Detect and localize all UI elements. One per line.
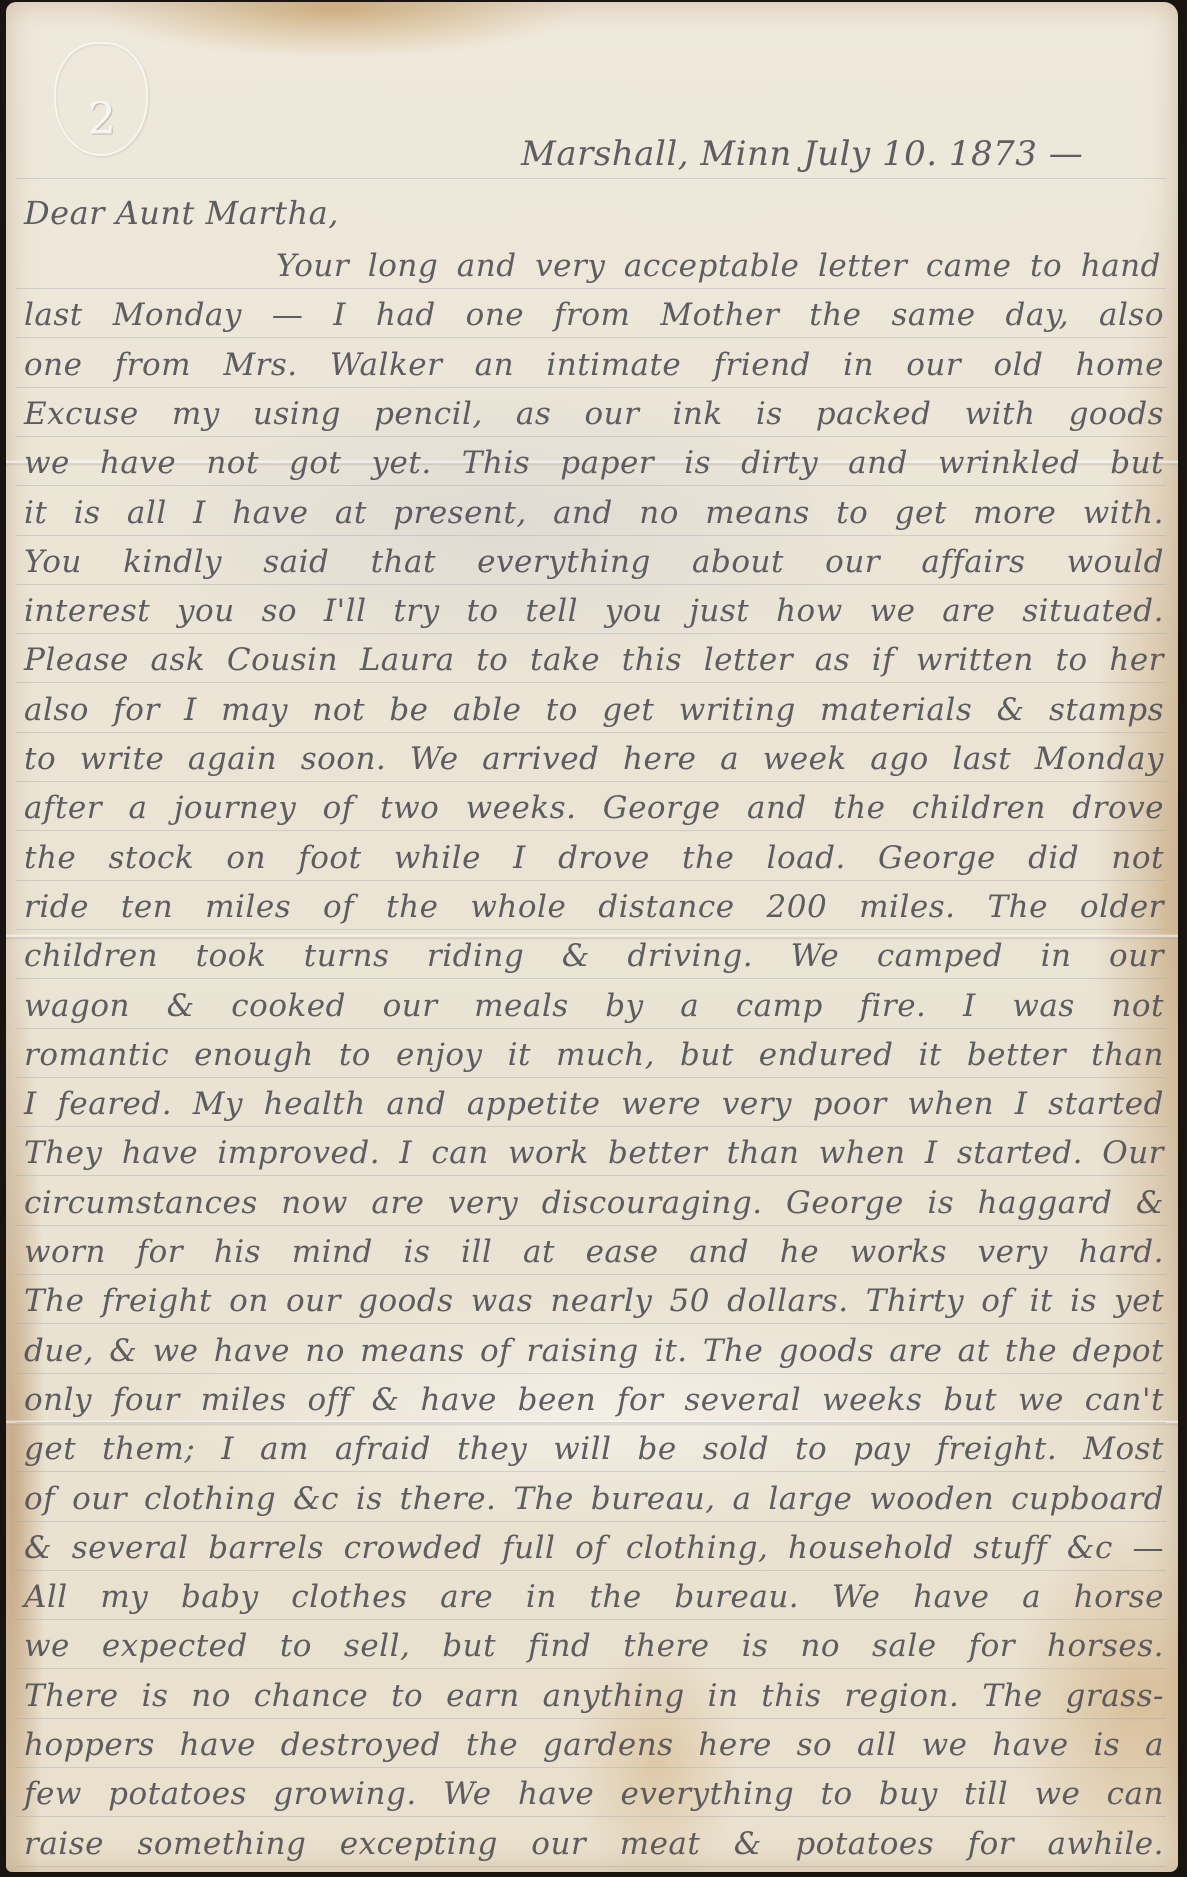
letter-line: also for I may not be able to get writin… — [24, 692, 1164, 728]
ruled-line — [16, 436, 1166, 437]
ruled-line — [16, 584, 1166, 585]
ruled-line — [16, 1570, 1166, 1571]
ruled-line — [16, 1422, 1166, 1423]
ruled-line — [16, 781, 1166, 782]
letter-line: There is no chance to earn anything in t… — [24, 1678, 1164, 1714]
ruled-line — [16, 682, 1166, 683]
ruled-line — [16, 1274, 1166, 1275]
ruled-line — [16, 337, 1166, 338]
letter-line: ride ten miles of the whole distance 200… — [24, 889, 1164, 925]
letter-line: get them; I am afraid they will be sold … — [24, 1431, 1164, 1467]
ruled-line — [16, 1323, 1166, 1324]
ruled-line — [16, 485, 1166, 486]
letter-line: to write again soon. We arrived here a w… — [24, 741, 1164, 777]
letter-line: after a journey of two weeks. George and… — [24, 790, 1164, 826]
dateline: Marshall, Minn July 10. 1873 — — [521, 134, 1083, 174]
letter-line: last Monday — I had one from Mother the … — [24, 297, 1164, 333]
letter-line: hoppers have destroyed the gardens here … — [24, 1727, 1164, 1763]
letter-line: due, & we have no means of raising it. T… — [24, 1333, 1164, 1369]
ruled-line — [16, 929, 1166, 930]
letter-line: few potatoes growing. We have everything… — [24, 1776, 1164, 1812]
ruled-line — [16, 1126, 1166, 1127]
letter-line: we have not got yet. This paper is dirty… — [24, 445, 1164, 481]
letter-line: romantic enough to enjoy it much, but en… — [24, 1037, 1164, 1073]
ruled-line — [16, 1619, 1166, 1620]
letter-line: I feared. My health and appetite were ve… — [24, 1086, 1164, 1122]
ruled-line — [16, 387, 1166, 388]
ruled-line — [16, 880, 1166, 881]
letter-line: interest you so I'll try to tell you jus… — [24, 593, 1164, 629]
ruled-line — [16, 288, 1166, 289]
fold-crease — [6, 1420, 1178, 1426]
ruled-line — [16, 1077, 1166, 1078]
ruled-line — [16, 1225, 1166, 1226]
letter-line: Please ask Cousin Laura to take this let… — [24, 642, 1164, 678]
ruled-line — [16, 1471, 1166, 1472]
salutation: Dear Aunt Martha, — [24, 194, 339, 232]
ruled-line — [16, 1373, 1166, 1374]
letter-line: The freight on our goods was nearly 50 d… — [24, 1283, 1164, 1319]
letter-line: worn for his mind is ill at ease and he … — [24, 1234, 1164, 1270]
letter-line: only four miles off & have been for seve… — [24, 1382, 1164, 1418]
ruled-line — [16, 1718, 1166, 1719]
letter-line: children took turns riding & driving. We… — [24, 938, 1164, 974]
letter-line: Your long and very acceptable letter cam… — [276, 248, 1161, 284]
letter-line: You kindly said that everything about ou… — [24, 544, 1164, 580]
ruled-line — [16, 1668, 1166, 1669]
letter-line: They have improved. I can work better th… — [24, 1135, 1164, 1171]
ruled-line — [16, 1816, 1166, 1817]
ruled-line — [16, 1866, 1166, 1867]
ruled-line — [16, 1521, 1166, 1522]
letter-line: raise something excepting our meat & pot… — [24, 1826, 1164, 1862]
embossed-stamp-mark: 2 — [88, 94, 116, 145]
ruled-line — [16, 535, 1166, 536]
ruled-line — [16, 633, 1166, 634]
letter-line: Excuse my using pencil, as our ink is pa… — [24, 396, 1164, 432]
letter-line: circumstances now are very discouraging.… — [24, 1185, 1164, 1221]
letter-line: All my baby clothes are in the bureau. W… — [24, 1579, 1164, 1615]
ruled-line — [16, 1767, 1166, 1768]
letter-line: it is all I have at present, and no mean… — [24, 495, 1164, 531]
ruled-line — [16, 978, 1166, 979]
ruled-line — [16, 178, 1166, 179]
letter-line: we expected to sell, but find there is n… — [24, 1628, 1164, 1664]
letter-line: of our clothing &c is there. The bureau,… — [24, 1481, 1164, 1517]
ruled-line — [16, 1028, 1166, 1029]
letter-line: one from Mrs. Walker an intimate friend … — [24, 347, 1164, 383]
letter-line: the stock on foot while I drove the load… — [24, 840, 1164, 876]
letter-line: wagon & cooked our meals by a camp fire.… — [24, 988, 1164, 1024]
ruled-line — [16, 1175, 1166, 1176]
ruled-line — [16, 732, 1166, 733]
ruled-line — [16, 830, 1166, 831]
letter-line: & several barrels crowded full of clothi… — [24, 1530, 1164, 1566]
letter-page: 2 Marshall, Minn July 10. 1873 — Dear Au… — [6, 2, 1178, 1872]
